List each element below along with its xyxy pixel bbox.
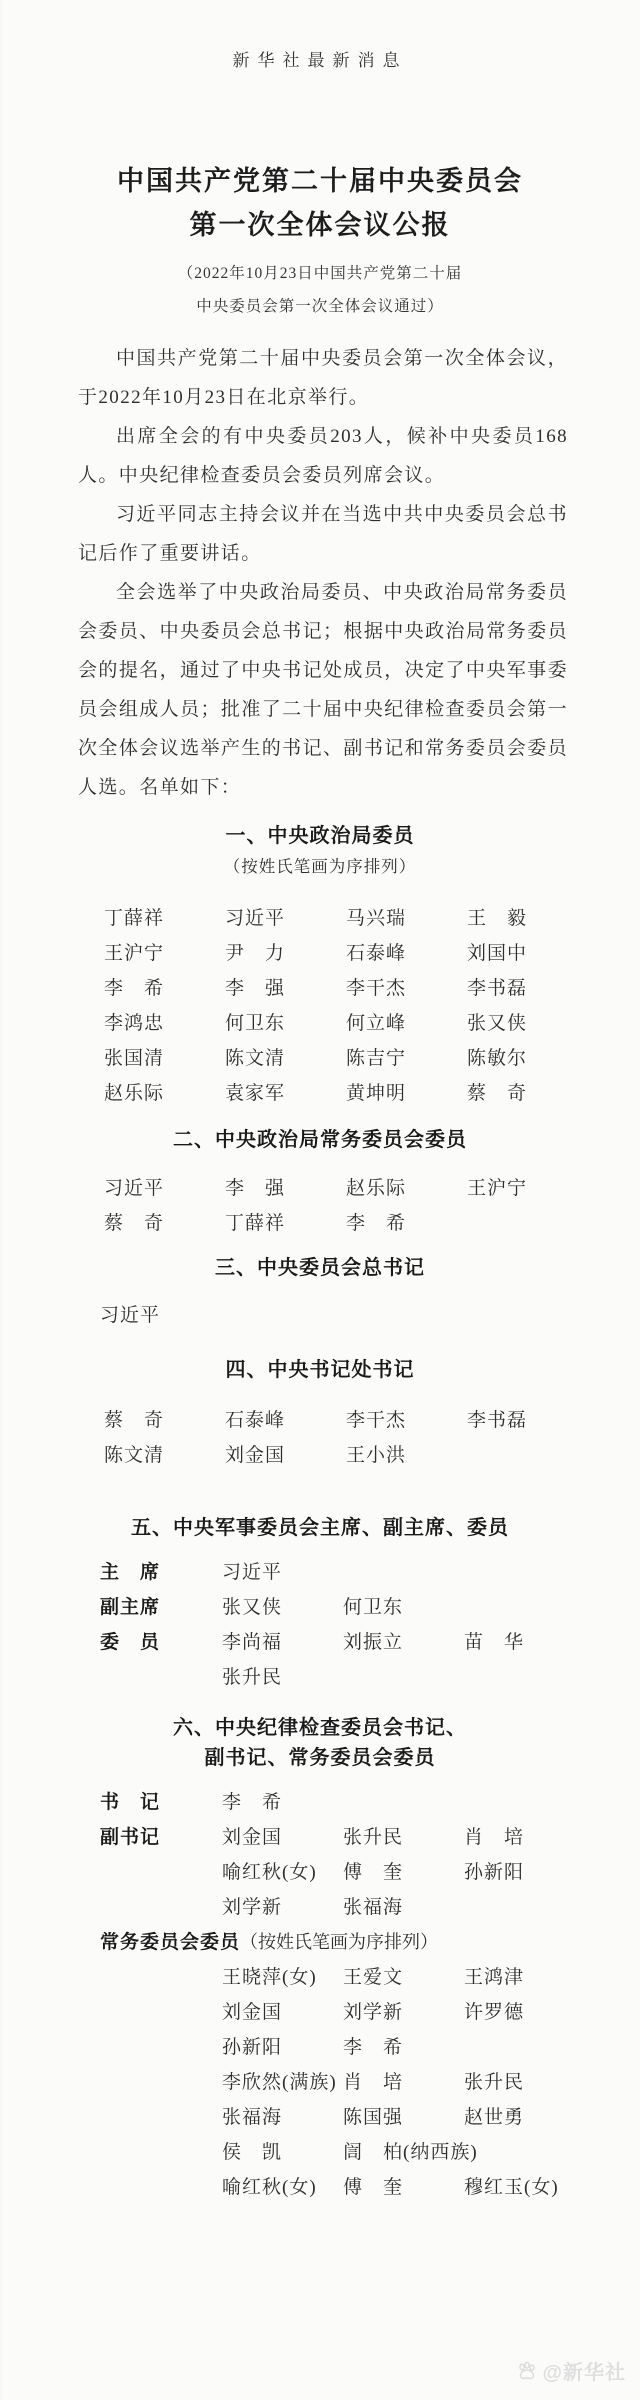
member-name: 穆红玉(女) [464, 2170, 585, 2205]
member-name: 訚 柏(纳西族) [343, 2135, 464, 2170]
member-name: 李干杰 [346, 1403, 467, 1438]
ccdi-standing-label-row: 常务委员会委员（按姓氏笔画为序排列） [100, 1925, 640, 1960]
member-name: 张国清 [104, 1041, 225, 1076]
member-name: 李书磊 [467, 971, 588, 1006]
role-row: 书 记李 希 [100, 1785, 640, 1820]
member-name: 马兴瑞 [346, 901, 467, 936]
member-name: 喻红秋(女) [222, 2170, 343, 2205]
member-name: 赵乐际 [104, 1076, 225, 1111]
member-name: 陈文清 [225, 1041, 346, 1076]
member-name: 习近平 [222, 1555, 343, 1590]
watermark: @新华社 [515, 2356, 626, 2385]
member-name: 李 强 [225, 1171, 346, 1206]
title-line-2: 第一次全体会议公报 [0, 203, 640, 247]
member-name: 赵乐际 [346, 1171, 467, 1206]
member-name: 王鸿津 [464, 1960, 585, 1995]
role-label: 主 席 [100, 1555, 222, 1590]
member-name: 张又侠 [467, 1006, 588, 1041]
kicker: 新华社最新消息 [0, 46, 640, 71]
member-name: 孙新阳 [464, 1855, 585, 1890]
member-name: 习近平 [104, 1171, 225, 1206]
cmc-list: 主 席习近平 副主席张又侠何卫东 委 员李尚福刘振立苗 华 张升民 [0, 1555, 640, 1695]
member-name: 石泰峰 [346, 936, 467, 971]
member-name: 王沪宁 [467, 1171, 588, 1206]
member-name: 李 希 [222, 1785, 343, 1820]
member-name: 傅 奎 [343, 1855, 464, 1890]
role-label: 副书记 [100, 1820, 222, 1855]
role-row: 喻红秋(女)傅 奎孙新阳 [100, 1855, 640, 1890]
document-subtitle: （2022年10月23日中国共产党第二十届 中央委员会第一次全体会议通过） [0, 257, 640, 323]
member-row: 李欣然(满族)肖 培张升民 [100, 2065, 640, 2100]
member-name: 刘金国 [225, 1438, 346, 1473]
member-name: 许罗德 [464, 1995, 585, 2030]
member-name: 王爱文 [343, 1960, 464, 1995]
role-row: 刘学新张福海 [100, 1890, 640, 1925]
member-name: 肖 培 [464, 1820, 585, 1855]
member-name: 李 希 [104, 971, 225, 1006]
section-6-heading: 六、中央纪律检查委员会书记、 副书记、常务委员会委员 [0, 1713, 640, 1773]
section-6-heading-line-2: 副书记、常务委员会委员 [0, 1743, 640, 1773]
member-name: 刘学新 [222, 1890, 343, 1925]
role-label: 副主席 [100, 1590, 222, 1625]
member-name: 尹 力 [225, 936, 346, 971]
member-name: 赵世勇 [464, 2100, 585, 2135]
member-row: 张国清陈文清陈吉宁陈敏尔 [104, 1041, 640, 1076]
role-label: 委 员 [100, 1625, 222, 1660]
role-row: 主 席习近平 [100, 1555, 640, 1590]
section-5-heading: 五、中央军事委员会主席、副主席、委员 [0, 1513, 640, 1543]
member-name: 陈国强 [343, 2100, 464, 2135]
member-row: 李 希李 强李干杰李书磊 [104, 971, 640, 1006]
member-name: 何卫东 [343, 1590, 464, 1625]
member-name: 李 希 [346, 1206, 467, 1241]
member-row: 孙新阳李 希 [100, 2030, 640, 2065]
member-row: 丁薛祥习近平马兴瑞王 毅 [104, 901, 640, 936]
member-name: 蔡 奇 [104, 1206, 225, 1241]
member-name: 李 希 [343, 2030, 464, 2065]
politburo-grid: 丁薛祥习近平马兴瑞王 毅 王沪宁尹 力石泰峰刘国中 李 希李 强李干杰李书磊 李… [0, 901, 640, 1111]
member-name: 刘金国 [222, 1820, 343, 1855]
title-line-1: 中国共产党第二十届中央委员会 [0, 159, 640, 203]
member-name: 傅 奎 [343, 2170, 464, 2205]
member-name: 蔡 奇 [467, 1076, 588, 1111]
member-name: 丁薛祥 [104, 901, 225, 936]
psc-grid: 习近平李 强赵乐际王沪宁 蔡 奇丁薛祥李 希 [0, 1171, 640, 1241]
member-name: 王晓萍(女) [222, 1960, 343, 1995]
member-name: 陈敏尔 [467, 1041, 588, 1076]
member-name: 李书磊 [467, 1403, 588, 1438]
member-name: 李欣然(满族) [222, 2065, 343, 2100]
member-name: 刘金国 [222, 1995, 343, 2030]
body-paragraphs: 中国共产党第二十届中央委员会第一次全体会议，于2022年10月23日在北京举行。… [78, 339, 568, 807]
member-name: 王沪宁 [104, 936, 225, 971]
member-name: 肖 培 [343, 2065, 464, 2100]
member-row: 赵乐际袁家军黄坤明蔡 奇 [104, 1076, 640, 1111]
member-name: 喻红秋(女) [222, 1855, 343, 1890]
member-name: 黄坤明 [346, 1076, 467, 1111]
member-row: 张福海陈国强赵世勇 [100, 2100, 640, 2135]
member-name: 侯 凯 [222, 2135, 343, 2170]
member-name: 刘振立 [343, 1625, 464, 1660]
member-name: 孙新阳 [222, 2030, 343, 2065]
member-name: 苗 华 [464, 1625, 585, 1660]
member-name: 李尚福 [222, 1625, 343, 1660]
member-name: 何卫东 [225, 1006, 346, 1041]
role-row: 张升民 [100, 1660, 640, 1695]
member-name: 刘学新 [343, 1995, 464, 2030]
member-name: 张又侠 [222, 1590, 343, 1625]
watermark-text: @新华社 [542, 2356, 626, 2385]
role-row: 副书记刘金国张升民肖 培 [100, 1820, 640, 1855]
section-6-heading-line-1: 六、中央纪律检查委员会书记、 [0, 1713, 640, 1743]
section-4-heading: 四、中央书记处书记 [0, 1355, 640, 1385]
member-name: 王小洪 [346, 1438, 467, 1473]
section-1-heading: 一、中央政治局委员 [0, 821, 640, 851]
general-secretary-name: 习近平 [100, 1301, 640, 1331]
member-name: 李 强 [225, 971, 346, 1006]
member-name: 丁薛祥 [225, 1206, 346, 1241]
member-name: 刘国中 [467, 936, 588, 971]
member-name: 石泰峰 [225, 1403, 346, 1438]
member-row: 喻红秋(女)傅 奎穆红玉(女) [100, 2170, 640, 2205]
member-name: 王 毅 [467, 901, 588, 936]
member-row: 蔡 奇石泰峰李干杰李书磊 [104, 1403, 640, 1438]
member-name: 张福海 [222, 2100, 343, 2135]
member-name: 张升民 [343, 1820, 464, 1855]
ccdi-list: 书 记李 希 副书记刘金国张升民肖 培 喻红秋(女)傅 奎孙新阳 刘学新张福海 … [0, 1785, 640, 2205]
section-2-heading: 二、中央政治局常务委员会委员 [0, 1125, 640, 1155]
member-name: 蔡 奇 [104, 1403, 225, 1438]
member-name: 李鸿忠 [104, 1006, 225, 1041]
standing-committee-note: （按姓氏笔画为序排列） [240, 1932, 438, 1952]
member-row: 刘金国刘学新许罗德 [100, 1995, 640, 2030]
role-row: 副主席张又侠何卫东 [100, 1590, 640, 1625]
role-row: 委 员李尚福刘振立苗 华 [100, 1625, 640, 1660]
member-name: 张升民 [222, 1660, 343, 1695]
subtitle-line-1: （2022年10月23日中国共产党第二十届 [0, 257, 640, 290]
member-row: 习近平李 强赵乐际王沪宁 [104, 1171, 640, 1206]
secretariat-grid: 蔡 奇石泰峰李干杰李书磊 陈文清刘金国王小洪 [0, 1403, 640, 1473]
subtitle-line-2: 中央委员会第一次全体会议通过） [0, 290, 640, 323]
member-row: 蔡 奇丁薛祥李 希 [104, 1206, 640, 1241]
role-label: 书 记 [100, 1785, 222, 1820]
standing-committee-label: 常务委员会委员 [100, 1925, 240, 1960]
member-row: 王晓萍(女)王爱文王鸿津 [100, 1960, 640, 1995]
member-name: 习近平 [225, 901, 346, 936]
member-name: 袁家军 [225, 1076, 346, 1111]
member-row: 李鸿忠何卫东何立峰张又侠 [104, 1006, 640, 1041]
member-name: 张升民 [464, 2065, 585, 2100]
member-row: 王沪宁尹 力石泰峰刘国中 [104, 936, 640, 971]
section-1-note: （按姓氏笔画为序排列） [0, 853, 640, 881]
section-3-heading: 三、中央委员会总书记 [0, 1253, 640, 1283]
paragraph: 出席全会的有中央委员203人，候补中央委员168人。中央纪律检查委员会委员列席会… [78, 417, 568, 495]
member-row: 侯 凯訚 柏(纳西族) [100, 2135, 640, 2170]
paragraph: 全会选举了中央政治局委员、中央政治局常务委员会委员、中央委员会总书记；根据中央政… [78, 573, 568, 807]
member-name: 陈文清 [104, 1438, 225, 1473]
document-title: 中国共产党第二十届中央委员会 第一次全体会议公报 [0, 159, 640, 247]
paw-icon [515, 2359, 539, 2383]
member-name: 李干杰 [346, 971, 467, 1006]
paragraph: 习近平同志主持会议并在当选中共中央委员会总书记后作了重要讲话。 [78, 495, 568, 573]
member-name: 张福海 [343, 1890, 464, 1925]
paragraph: 中国共产党第二十届中央委员会第一次全体会议，于2022年10月23日在北京举行。 [78, 339, 568, 417]
member-row: 陈文清刘金国王小洪 [104, 1438, 640, 1473]
member-name: 何立峰 [346, 1006, 467, 1041]
member-name: 陈吉宁 [346, 1041, 467, 1076]
